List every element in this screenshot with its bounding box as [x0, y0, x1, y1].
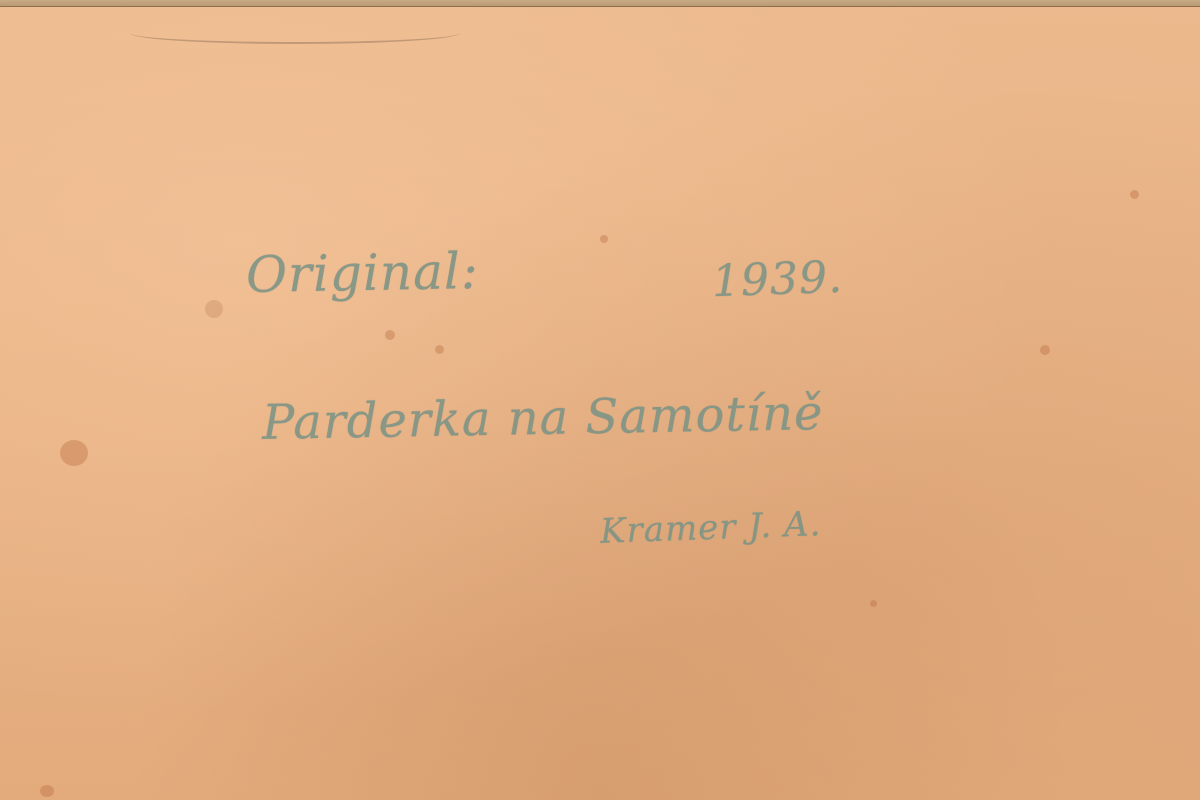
foxing-spot — [205, 300, 223, 318]
foxing-spot — [435, 345, 444, 354]
foxing-spot — [1130, 190, 1139, 199]
foxing-spot — [870, 600, 877, 607]
inscription-year: 1939. — [711, 252, 844, 308]
foxing-spot — [1040, 345, 1050, 355]
inscription-title: Parderka na Samotíně — [262, 385, 824, 451]
inscription-original-label: Original: — [246, 242, 480, 304]
inscription-signature: Kramer J. A. — [599, 504, 822, 552]
foxing-spot — [600, 235, 608, 243]
foxing-spot — [385, 330, 395, 340]
frame-top-edge — [0, 0, 1200, 7]
foxing-spot — [60, 440, 88, 466]
foxing-spot — [40, 785, 54, 797]
paper-crease — [130, 22, 460, 44]
